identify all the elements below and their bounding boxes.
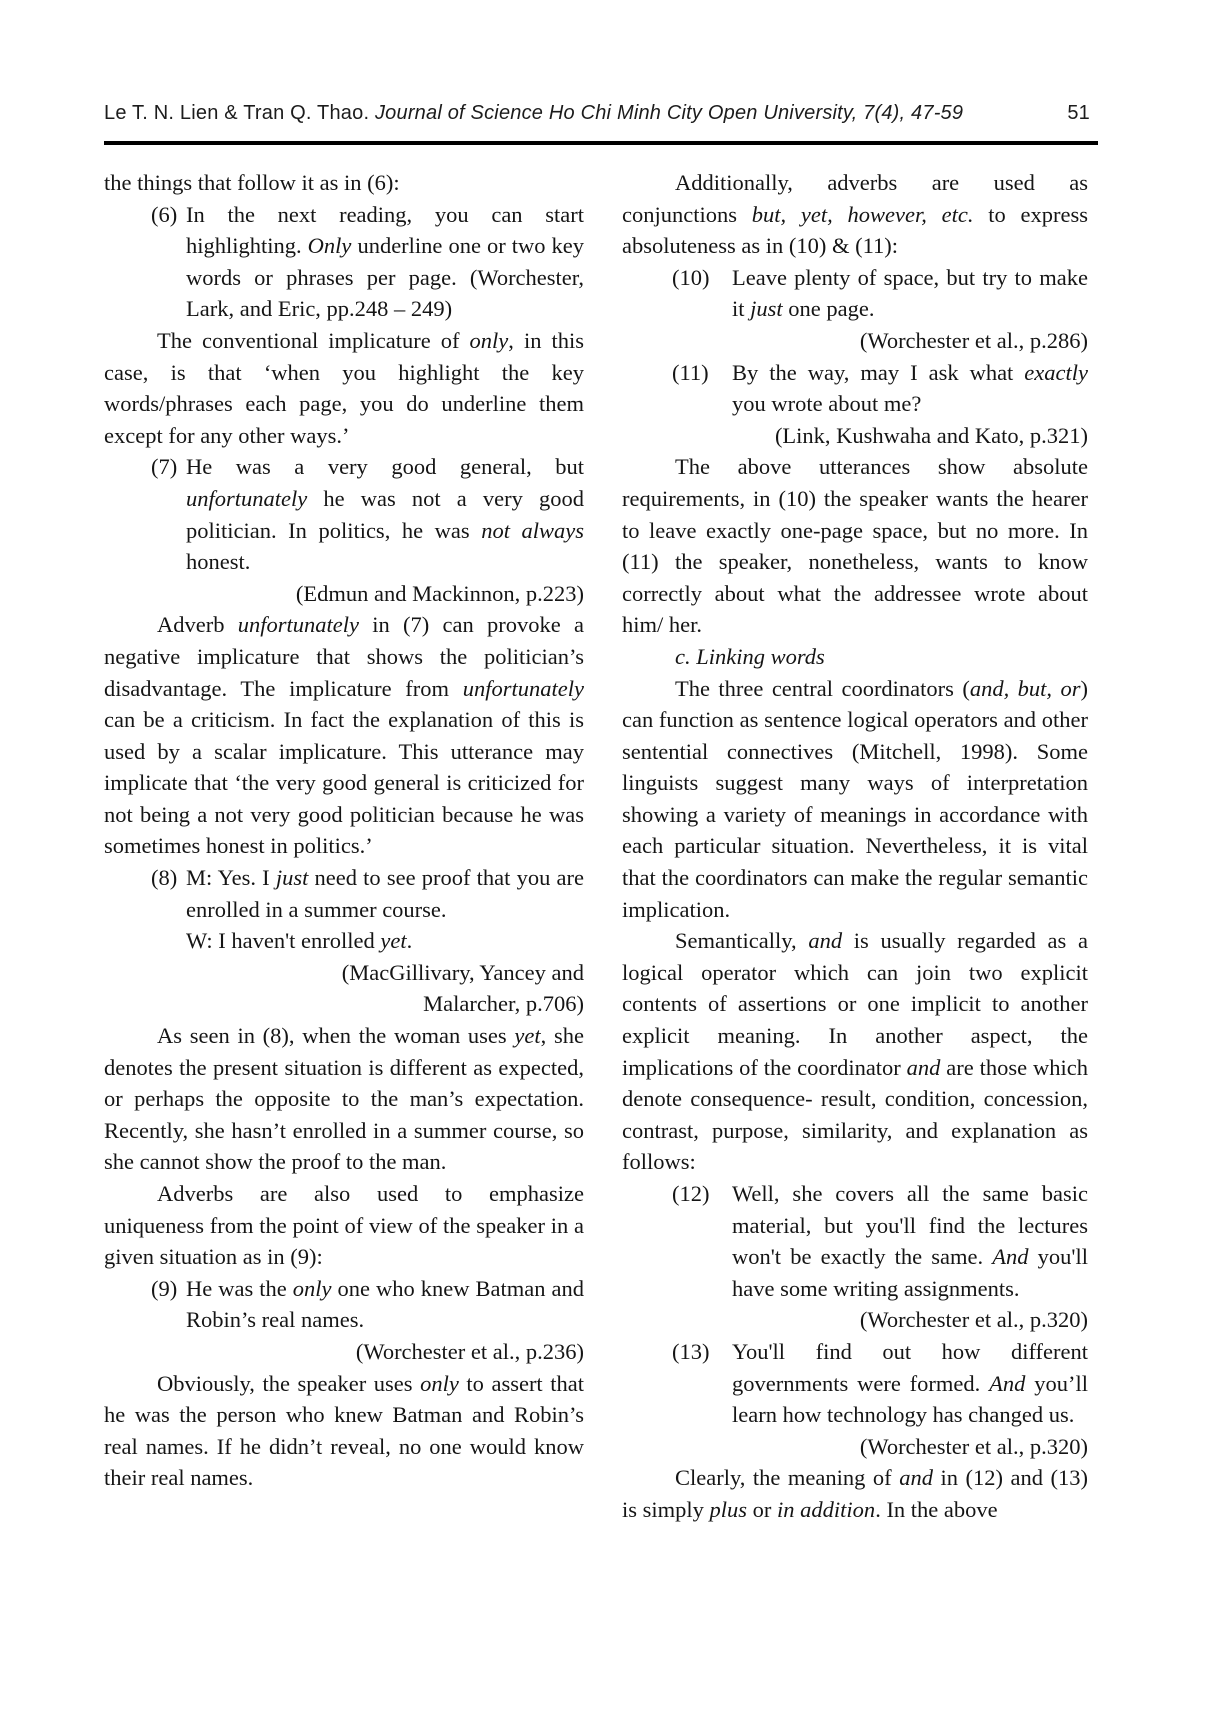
example-number: (11) <box>672 357 709 389</box>
text-run: ) can function as sentence logical opera… <box>622 676 1088 922</box>
example-item: (6)In the next reading, you can start hi… <box>104 199 584 325</box>
text-run: (MacGillivary, Yancey and <box>342 960 584 985</box>
header-journal-title: Journal of Science Ho Chi Minh City Open… <box>375 102 963 124</box>
two-column-body: the things that follow it as in (6):(6)I… <box>104 167 1088 1526</box>
example-item: (11)By the way, may I ask what exactly y… <box>622 357 1088 420</box>
paragraph: Obviously, the speaker uses only to asse… <box>104 1368 584 1494</box>
text-run: (Link, Kushwaha and Kato, p.321) <box>775 423 1088 448</box>
paragraph: As seen in (8), when the woman uses yet,… <box>104 1020 584 1178</box>
example-text: He was a very good general, but unfortun… <box>186 454 584 574</box>
italic-text-run: yet <box>380 928 406 953</box>
text-run: you wrote about me? <box>732 391 921 416</box>
paragraph: The above utterances show absolute requi… <box>622 451 1088 641</box>
text-run: or <box>747 1497 777 1522</box>
italic-text-run: in addition <box>777 1497 875 1522</box>
text-run: By the way, may I ask what <box>732 360 1024 385</box>
italic-text-run: just <box>276 865 309 890</box>
italic-text-run: only <box>293 1276 332 1301</box>
text-run: The conventional implicature of <box>157 328 470 353</box>
paragraph: Adverb unfortunately in (7) can provoke … <box>104 609 584 862</box>
text-run: He was a very good general, but <box>186 454 584 479</box>
example-text: By the way, may I ask what exactly you w… <box>732 360 1088 417</box>
citation: (Worchester et al., p.286) <box>622 325 1088 357</box>
example-text: You'll find out how different government… <box>732 1339 1088 1427</box>
example-text: M: Yes. I just need to see proof that yo… <box>186 865 584 953</box>
text-run: Malarcher, p.706) <box>423 991 584 1016</box>
italic-text-run: And <box>989 1371 1025 1396</box>
text-run: one page. <box>783 296 875 321</box>
example-item: (9)He was the only one who knew Batman a… <box>104 1273 584 1336</box>
italic-text-run: yet <box>514 1023 540 1048</box>
text-run: He was the <box>186 1276 293 1301</box>
italic-text-run: And <box>992 1244 1028 1269</box>
text-run: Semantically, <box>675 928 808 953</box>
paragraph: The conventional implicature of only, in… <box>104 325 584 451</box>
text-run: the things that follow it as in (6): <box>104 170 400 195</box>
running-head-citation: Le T. N. Lien & Tran Q. Thao. Journal of… <box>104 102 963 125</box>
citation: (Worchester et al., p.320) <box>622 1304 1088 1336</box>
paragraph: Additionally, adverbs are used as conjun… <box>622 167 1088 262</box>
text-run: M: Yes. I <box>186 865 276 890</box>
example-number: (8) <box>151 862 177 894</box>
example-text: Leave plenty of space, but try to make i… <box>732 265 1088 322</box>
paragraph: the things that follow it as in (6): <box>104 167 584 199</box>
paragraph: Semantically, and is usually regarded as… <box>622 925 1088 1178</box>
italic-text-run: and <box>899 1465 933 1490</box>
page-number: 51 <box>1037 102 1090 125</box>
example-item: (12)Well, she covers all the same basic … <box>622 1178 1088 1304</box>
italic-text-run: c. Linking words <box>675 644 825 669</box>
example-number: (9) <box>151 1273 177 1305</box>
right-column: Additionally, adverbs are used as conjun… <box>622 167 1088 1526</box>
text-run: (Worchester et al., p.236) <box>356 1339 584 1364</box>
italic-text-run: unfortunately <box>186 486 307 511</box>
italic-text-run: exactly <box>1024 360 1088 385</box>
left-column: the things that follow it as in (6):(6)I… <box>104 167 584 1526</box>
italic-text-run: and <box>808 928 842 953</box>
text-run: can be a criticism. In fact the explanat… <box>104 707 584 858</box>
citation: (Edmun and Mackinnon, p.223) <box>104 578 584 610</box>
text-run: (Worchester et al., p.320) <box>860 1307 1088 1332</box>
text-run: . <box>407 928 413 953</box>
italic-text-run: not always <box>481 518 584 543</box>
example-item: (13)You'll find out how different govern… <box>622 1336 1088 1431</box>
text-run: Clearly, the meaning of <box>675 1465 899 1490</box>
text-run: (Worchester et al., p.286) <box>860 328 1088 353</box>
citation: (Link, Kushwaha and Kato, p.321) <box>622 420 1088 452</box>
text-run: honest. <box>186 549 250 574</box>
text-run: Adverb <box>157 612 238 637</box>
italic-text-run: and <box>907 1055 941 1080</box>
example-text: Well, she covers all the same basic mate… <box>732 1181 1088 1301</box>
text-run: W: I haven't enrolled <box>186 928 380 953</box>
italic-text-run: unfortunately <box>463 676 584 701</box>
paragraph: Clearly, the meaning of and in (12) and … <box>622 1462 1088 1525</box>
example-number: (6) <box>151 199 177 231</box>
citation: (Worchester et al., p.236) <box>104 1336 584 1368</box>
citation: (MacGillivary, Yancey andMalarcher, p.70… <box>104 957 584 1020</box>
italic-text-run: and, but, or <box>970 676 1081 701</box>
example-item: (7)He was a very good general, but unfor… <box>104 451 584 577</box>
text-run: As seen in (8), when the woman uses <box>157 1023 514 1048</box>
example-number: (13) <box>672 1336 710 1368</box>
text-run: Obviously, the speaker uses <box>157 1371 420 1396</box>
text-run: (Worchester et al., p.320) <box>860 1434 1088 1459</box>
example-text: He was the only one who knew Batman and … <box>186 1276 584 1333</box>
running-head: Le T. N. Lien & Tran Q. Thao. Journal of… <box>104 102 1090 125</box>
example-number: (7) <box>151 451 177 483</box>
italic-text-run: unfortunately <box>238 612 359 637</box>
text-run: (Edmun and Mackinnon, p.223) <box>296 581 584 606</box>
example-number: (12) <box>672 1178 710 1210</box>
italic-text-run: plus <box>710 1497 748 1522</box>
italic-text-run: but, yet, however, etc. <box>752 202 974 227</box>
citation: (Worchester et al., p.320) <box>622 1431 1088 1463</box>
text-run: The three central coordinators ( <box>675 676 970 701</box>
journal-page: Le T. N. Lien & Tran Q. Thao. Journal of… <box>0 0 1210 1712</box>
section-heading: c. Linking words <box>622 641 1088 673</box>
italic-text-run: only <box>470 328 509 353</box>
paragraph: Adverbs are also used to emphasize uniqu… <box>104 1178 584 1273</box>
text-run: The above utterances show absolute requi… <box>622 454 1088 637</box>
example-text: In the next reading, you can start highl… <box>186 202 584 322</box>
text-run: . In the above <box>875 1497 997 1522</box>
example-item: (8)M: Yes. I just need to see proof that… <box>104 862 584 957</box>
header-divider-rule <box>104 141 1098 145</box>
header-authors: Le T. N. Lien & Tran Q. Thao. <box>104 102 375 124</box>
italic-text-run: only <box>420 1371 459 1396</box>
italic-text-run: Only <box>308 233 352 258</box>
italic-text-run: just <box>750 296 783 321</box>
example-number: (10) <box>672 262 710 294</box>
text-run: Adverbs are also used to emphasize uniqu… <box>104 1181 584 1269</box>
example-item: (10)Leave plenty of space, but try to ma… <box>622 262 1088 325</box>
paragraph: The three central coordinators (and, but… <box>622 673 1088 926</box>
